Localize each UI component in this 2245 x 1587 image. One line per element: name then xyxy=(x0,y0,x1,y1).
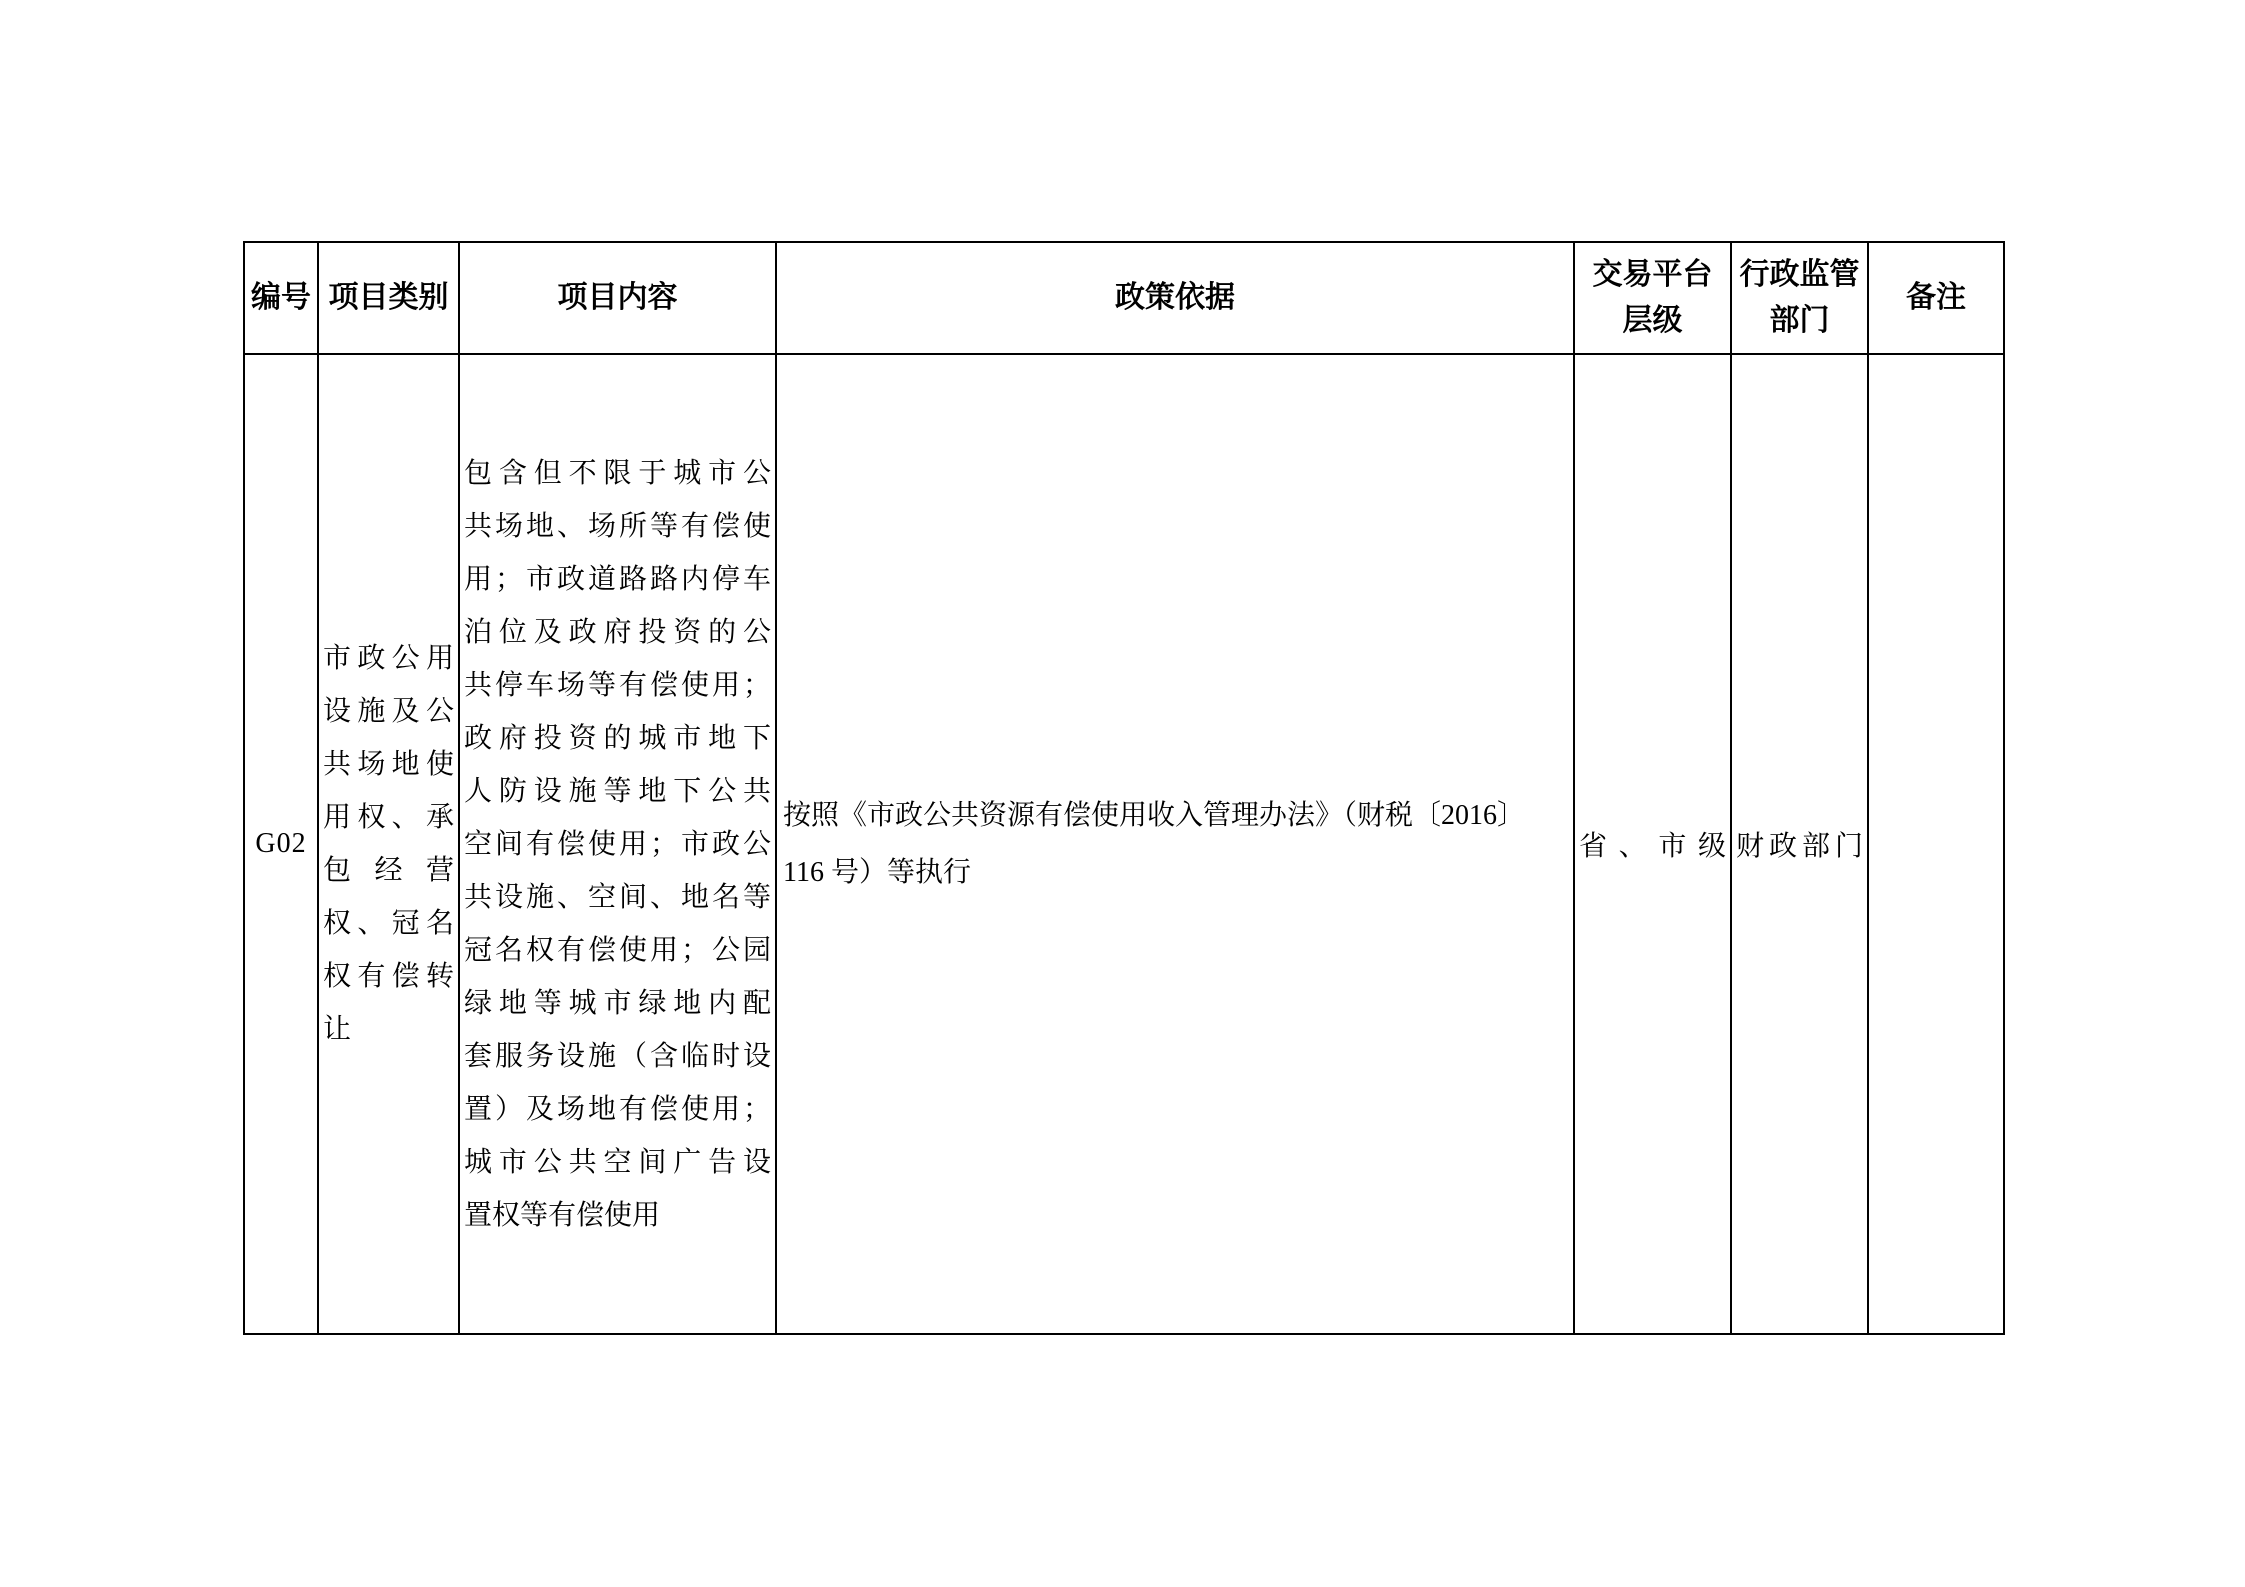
header-platform-level: 交易平台 层级 xyxy=(1574,242,1731,354)
text-line: 置权等有偿使用 xyxy=(464,1189,771,1242)
text-line: 共设施、空间、地名等 xyxy=(464,871,771,924)
text-line: 绿地等城市绿地内配 xyxy=(464,977,771,1030)
text-line: 用；市政道路路内停车 xyxy=(464,553,771,606)
text-line: 包含但不限于城市公 xyxy=(464,447,771,500)
text-line: 按照《市政公共资源有偿使用收入管理办法》（财税〔2016〕 xyxy=(783,787,1571,844)
text-line: 城市公共空间广告设 xyxy=(464,1136,771,1189)
table-row-g02: G02 市政公用设施及公共场地使用权、承包经营权、冠名权有偿转让 包含但不限于城… xyxy=(244,354,2004,1334)
text-line: 包经营 xyxy=(323,844,454,897)
text-line: 共场地使 xyxy=(323,738,454,791)
text-line: 套服务设施（含临时设 xyxy=(464,1030,771,1083)
header-policy-basis: 政策依据 xyxy=(776,242,1574,354)
cell-policy-basis: 按照《市政公共资源有偿使用收入管理办法》（财税〔2016〕116 号）等执行 xyxy=(776,354,1574,1334)
text-line: 人防设施等地下公共 xyxy=(464,765,771,818)
cell-category: 市政公用设施及公共场地使用权、承包经营权、冠名权有偿转让 xyxy=(318,354,459,1334)
header-category: 项目类别 xyxy=(318,242,459,354)
cell-id: G02 xyxy=(244,354,318,1334)
text-line: 泊位及政府投资的公 xyxy=(464,606,771,659)
text-line: 共场地、场所等有偿使 xyxy=(464,500,771,553)
text-line: 共停车场等有偿使用； xyxy=(464,659,771,712)
text-line: 空间有偿使用；市政公 xyxy=(464,818,771,871)
cell-regulator: 财政部门 xyxy=(1731,354,1868,1334)
text-line: 权、冠名 xyxy=(323,897,454,950)
text-line: 权有偿转 xyxy=(323,950,454,1003)
header-regulator: 行政监管 部门 xyxy=(1731,242,1868,354)
text-line: 116 号）等执行 xyxy=(783,844,1571,901)
cell-remark xyxy=(1868,354,2004,1334)
project-policy-table: 编号 项目类别 项目内容 政策依据 交易平台 层级 行政监管 部门 备注 G02… xyxy=(243,241,2005,1335)
text-line: 市政公用 xyxy=(323,632,454,685)
text-line: 用权、承 xyxy=(323,791,454,844)
text-line: 置）及场地有偿使用； xyxy=(464,1083,771,1136)
cell-content: 包含但不限于城市公共场地、场所等有偿使用；市政道路路内停车泊位及政府投资的公共停… xyxy=(459,354,776,1334)
header-id: 编号 xyxy=(244,242,318,354)
text-line: 冠名权有偿使用；公园 xyxy=(464,924,771,977)
document-page: { "page": { "background": "#ffffff", "te… xyxy=(0,0,2245,1587)
text-line: 政府投资的城市地下 xyxy=(464,712,771,765)
text-line: 设施及公 xyxy=(323,685,454,738)
header-remark: 备注 xyxy=(1868,242,2004,354)
header-content: 项目内容 xyxy=(459,242,776,354)
text-line: 让 xyxy=(323,1003,454,1056)
cell-platform-level: 省、市级 xyxy=(1574,354,1731,1334)
table-header-row: 编号 项目类别 项目内容 政策依据 交易平台 层级 行政监管 部门 备注 xyxy=(244,242,2004,354)
